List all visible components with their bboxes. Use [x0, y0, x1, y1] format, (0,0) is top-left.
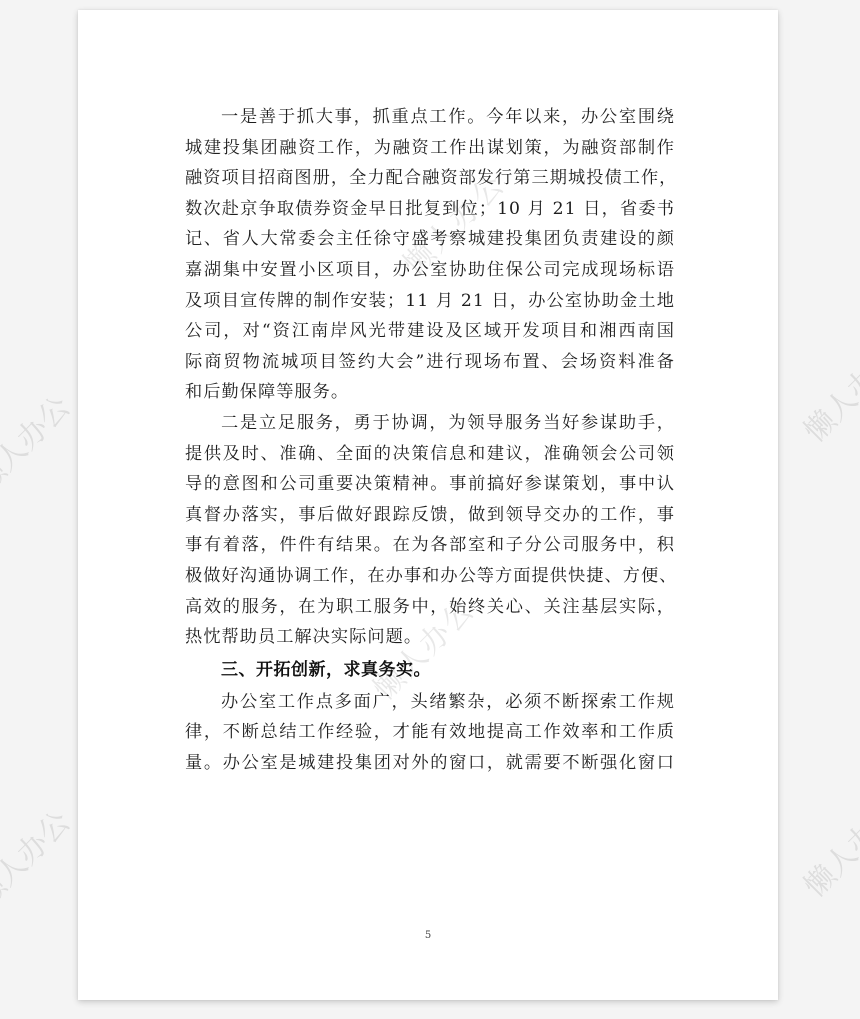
text-line: 提供及时、准确、全面的决策信息和建议，准确领会公司领	[185, 439, 675, 470]
paragraph: 一是善于抓大事，抓重点工作。今年以来，办公室围绕 城建投集团融资工作，为融资工作…	[185, 102, 675, 408]
text-line: 事有着落，件件有结果。在为各部室和子分公司服务中，积	[185, 530, 675, 561]
paragraph: 二是立足服务，勇于协调，为领导服务当好参谋助手， 提供及时、准确、全面的决策信息…	[185, 408, 675, 653]
watermark: 懒人办公	[0, 384, 78, 500]
text-line: 办公室工作点多面广，头绪繁杂，必须不断探索工作规	[185, 687, 675, 718]
section-heading: 三、开拓创新，求真务实。	[185, 653, 675, 687]
text-line: 高效的服务，在为职工服务中，始终关心、关注基层实际，	[185, 592, 675, 623]
text-line: 和后勤保障等服务。	[185, 377, 675, 408]
text-line: 及项目宣传牌的制作安装；11 月 21 日，办公室协助金土地	[185, 286, 675, 317]
watermark: 懒人办公	[792, 789, 860, 905]
text-line: 热忱帮助员工解决实际问题。	[185, 622, 675, 653]
paragraph: 办公室工作点多面广，头绪繁杂，必须不断探索工作规 律，不断总结工作经验，才能有效…	[185, 687, 675, 779]
text-line: 际商贸物流城项目签约大会”进行现场布置、会场资料准备	[185, 347, 675, 378]
text-line: 嘉湖集中安置小区项目，办公室协助住保公司完成现场标语	[185, 255, 675, 286]
document-page: 懒人办公 懒人办公 一是善于抓大事，抓重点工作。今年以来，办公室围绕 城建投集团…	[78, 10, 778, 1000]
text-line: 律，不断总结工作经验，才能有效地提高工作效率和工作质	[185, 717, 675, 748]
text-line: 一是善于抓大事，抓重点工作。今年以来，办公室围绕	[185, 102, 675, 133]
text-line: 记、省人大常委会主任徐守盛考察城建投集团负责建设的颜	[185, 224, 675, 255]
text-line: 二是立足服务，勇于协调，为领导服务当好参谋助手，	[185, 408, 675, 439]
document-body: 一是善于抓大事，抓重点工作。今年以来，办公室围绕 城建投集团融资工作，为融资工作…	[185, 102, 675, 778]
text-line: 真督办落实，事后做好跟踪反馈，做到领导交办的工作，事	[185, 500, 675, 531]
watermark: 懒人办公	[0, 799, 78, 915]
text-line: 融资项目招商图册，全力配合融资部发行第三期城投债工作，	[185, 163, 675, 194]
watermark: 懒人办公	[792, 334, 860, 450]
text-line: 极做好沟通协调工作，在办事和办公等方面提供快捷、方便、	[185, 561, 675, 592]
text-line: 导的意图和公司重要决策精神。事前搞好参谋策划，事中认	[185, 469, 675, 500]
text-line: 量。办公室是城建投集团对外的窗口，就需要不断强化窗口	[185, 748, 675, 779]
text-line: 城建投集团融资工作，为融资工作出谋划策，为融资部制作	[185, 133, 675, 164]
page-number: 5	[78, 930, 778, 941]
text-line: 公司，对“资江南岸风光带建设及区域开发项目和湘西南国	[185, 316, 675, 347]
text-line: 数次赴京争取债券资金早日批复到位；10 月 21 日，省委书	[185, 194, 675, 225]
